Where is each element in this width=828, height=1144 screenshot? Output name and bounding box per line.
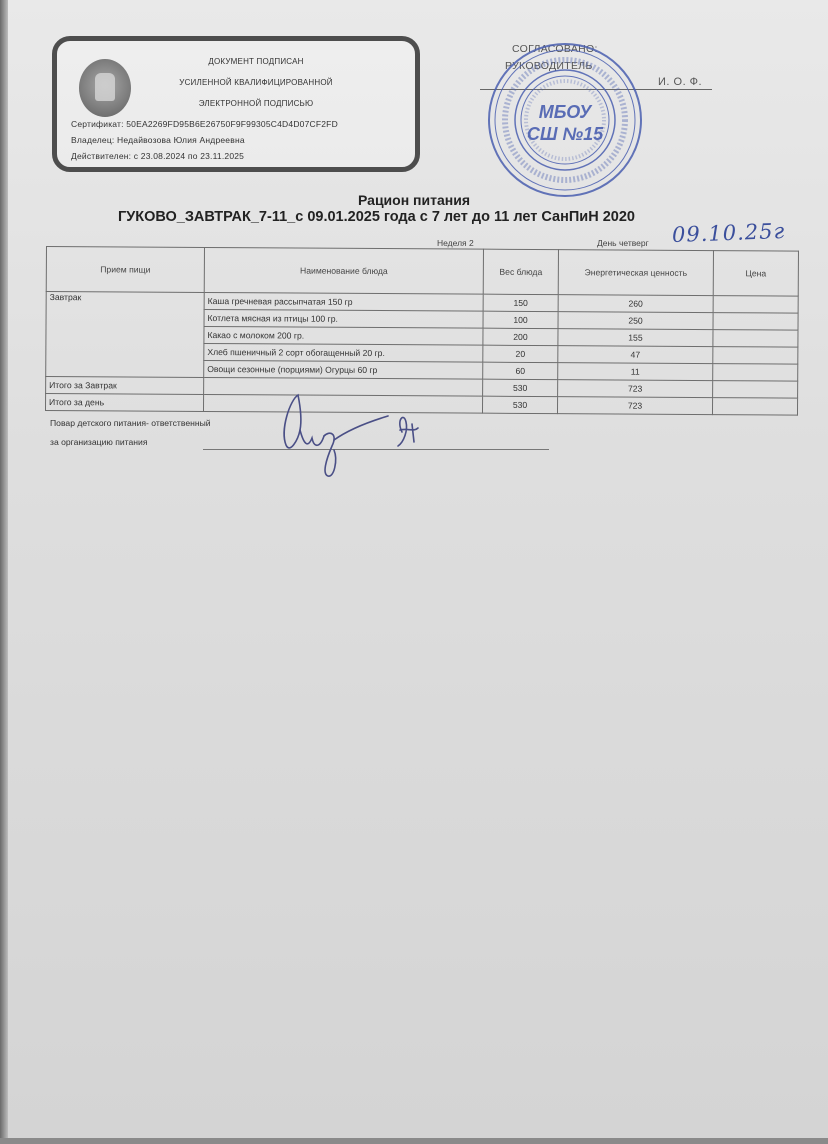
- col-meal: Прием пищи: [46, 247, 204, 293]
- dish-weight: 100: [483, 311, 558, 328]
- dish-energy: 11: [558, 363, 713, 381]
- dish-name: Котлета мясная из птицы 100 гр.: [204, 309, 483, 328]
- esig-certificate: Сертификат: 50EA2269FD95B6E26750F9F99305…: [71, 119, 338, 129]
- page-edge-bottom: [0, 1138, 828, 1144]
- col-weight: Вес блюда: [483, 249, 558, 294]
- handwritten-signature-icon: [268, 390, 448, 480]
- coat-of-arms-icon: [79, 59, 131, 117]
- total-weight: 530: [482, 396, 557, 413]
- svg-text:СШ №15: СШ №15: [527, 124, 604, 144]
- dish-weight: 60: [483, 362, 558, 379]
- dish-name: Какао с молоком 200 гр.: [204, 326, 483, 345]
- handwritten-date: 09.10.25г: [672, 219, 786, 247]
- col-energy: Энергетическая ценность: [558, 250, 713, 296]
- dish-energy: 260: [558, 295, 713, 313]
- table-header-row: Прием пищи Наименование блюда Вес блюда …: [46, 247, 798, 297]
- page-edge: [0, 0, 8, 1144]
- document-title: Рацион питания: [0, 192, 828, 208]
- dish-weight: 150: [483, 294, 558, 311]
- total-label: Итого за Завтрак: [46, 377, 204, 395]
- total-label: Итого за день: [45, 394, 203, 412]
- day-label: День четверг: [597, 238, 649, 248]
- dish-price: [713, 364, 798, 382]
- dish-energy: 250: [558, 312, 713, 330]
- total-price: [712, 398, 797, 416]
- dish-weight: 20: [483, 345, 558, 362]
- esig-heading-2: УСИЛЕННОЙ КВАЛИФИЦИРОВАННОЙ: [57, 78, 415, 87]
- total-weight: 530: [483, 379, 558, 396]
- total-energy: 723: [557, 397, 712, 415]
- dish-name: Каша гречневая рассыпчатая 150 гр: [204, 292, 483, 311]
- cook-label-line1: Повар детского питания- ответственный: [50, 418, 211, 428]
- dish-weight: 200: [483, 328, 558, 345]
- week-label: Неделя 2: [437, 238, 474, 248]
- dish-name: Овощи сезонные (порциями) Огурцы 60 гр: [204, 360, 483, 379]
- meal-name: Завтрак: [46, 292, 205, 378]
- dish-price: [713, 347, 798, 365]
- dish-price: [713, 296, 798, 314]
- dish-price: [713, 313, 798, 331]
- dish-energy: 47: [558, 346, 713, 364]
- total-price: [713, 381, 798, 399]
- esig-heading-1: ДОКУМЕНТ ПОДПИСАН: [57, 57, 415, 66]
- dish-energy: 155: [558, 329, 713, 347]
- esig-heading-3: ЭЛЕКТРОННОЙ ПОДПИСЬЮ: [57, 99, 415, 108]
- e-signature-box: ДОКУМЕНТ ПОДПИСАН УСИЛЕННОЙ КВАЛИФИЦИРОВ…: [52, 36, 420, 172]
- school-stamp-icon: МБОУ СШ №15: [485, 40, 645, 200]
- esig-owner: Владелец: Недайвозова Юлия Андреевна: [71, 135, 245, 145]
- dish-name: Хлеб пшеничный 2 сорт обогащенный 20 гр.: [204, 343, 483, 362]
- total-energy: 723: [558, 380, 713, 398]
- cook-label-line2: за организацию питания: [50, 437, 148, 447]
- approval-name-placeholder: И. О. Ф.: [658, 76, 702, 88]
- col-dish: Наименование блюда: [204, 247, 483, 294]
- svg-text:МБОУ: МБОУ: [539, 102, 593, 122]
- col-price: Цена: [713, 251, 798, 297]
- esig-validity: Действителен: с 23.08.2024 по 23.11.2025: [71, 151, 244, 161]
- document-subtitle: ГУКОВО_ЗАВТРАК_7-11_с 09.01.2025 года с …: [118, 209, 635, 225]
- dish-price: [713, 330, 798, 348]
